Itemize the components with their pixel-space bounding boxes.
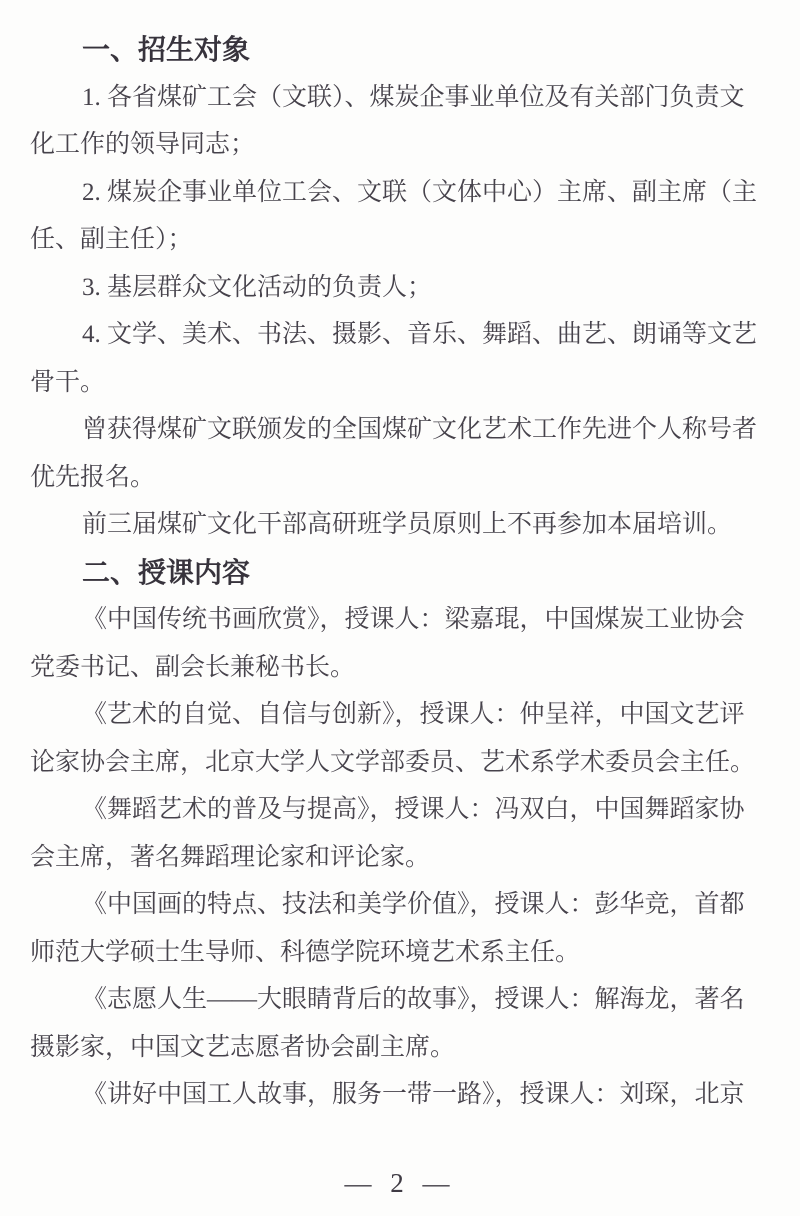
text-line: 《舞蹈艺术的普及与提高》，授课人：冯双白，中国舞蹈家协 (30, 786, 758, 834)
text-line: 《志愿人生——大眼睛背后的故事》，授课人：解海龙，著名 (30, 976, 758, 1024)
text-line: 《中国画的特点、技法和美学价值》，授课人：彭华竞，首都 (30, 881, 758, 929)
page-number: — 2 — (0, 1168, 800, 1199)
text-line: 《艺术的自觉、自信与创新》，授课人：仲呈祥，中国文艺评 (30, 691, 758, 739)
text-line: 论家协会主席，北京大学人文学部委员、艺术系学术委员会主任。 (30, 739, 758, 787)
text-line: 前三届煤矿文化干部高研班学员原则上不再参加本届培训。 (30, 501, 758, 549)
text-line: 骨干。 (30, 359, 758, 407)
text-line: 任、副主任）； (30, 216, 758, 264)
text-line: 会主席，著名舞蹈理论家和评论家。 (30, 834, 758, 882)
section-heading-enrollment-targets: 一、招生对象 (30, 26, 758, 74)
text-line: 3. 基层群众文化活动的负责人； (30, 264, 758, 312)
text-line: 摄影家，中国文艺志愿者协会副主席。 (30, 1024, 758, 1072)
section-heading-course-content: 二、授课内容 (30, 549, 758, 597)
text-line: 化工作的领导同志； (30, 121, 758, 169)
text-line: 4. 文学、美术、书法、摄影、音乐、舞蹈、曲艺、朗诵等文艺 (30, 311, 758, 359)
text-line: 《中国传统书画欣赏》，授课人：梁嘉琨，中国煤炭工业协会 (30, 596, 758, 644)
text-line: 曾获得煤矿文联颁发的全国煤矿文化艺术工作先进个人称号者 (30, 406, 758, 454)
text-line: 2. 煤炭企事业单位工会、文联（文体中心）主席、副主席（主 (30, 169, 758, 217)
text-line: 《讲好中国工人故事，服务一带一路》，授课人：刘琛，北京 (30, 1071, 758, 1119)
text-line: 1. 各省煤矿工会（文联）、煤炭企事业单位及有关部门负责文 (30, 74, 758, 122)
text-line: 优先报名。 (30, 454, 758, 502)
text-line: 党委书记、副会长兼秘书长。 (30, 644, 758, 692)
document-body: 一、招生对象 1. 各省煤矿工会（文联）、煤炭企事业单位及有关部门负责文 化工作… (30, 26, 758, 1119)
document-page: 一、招生对象 1. 各省煤矿工会（文联）、煤炭企事业单位及有关部门负责文 化工作… (0, 0, 800, 1216)
text-line: 师范大学硕士生导师、科德学院环境艺术系主任。 (30, 929, 758, 977)
